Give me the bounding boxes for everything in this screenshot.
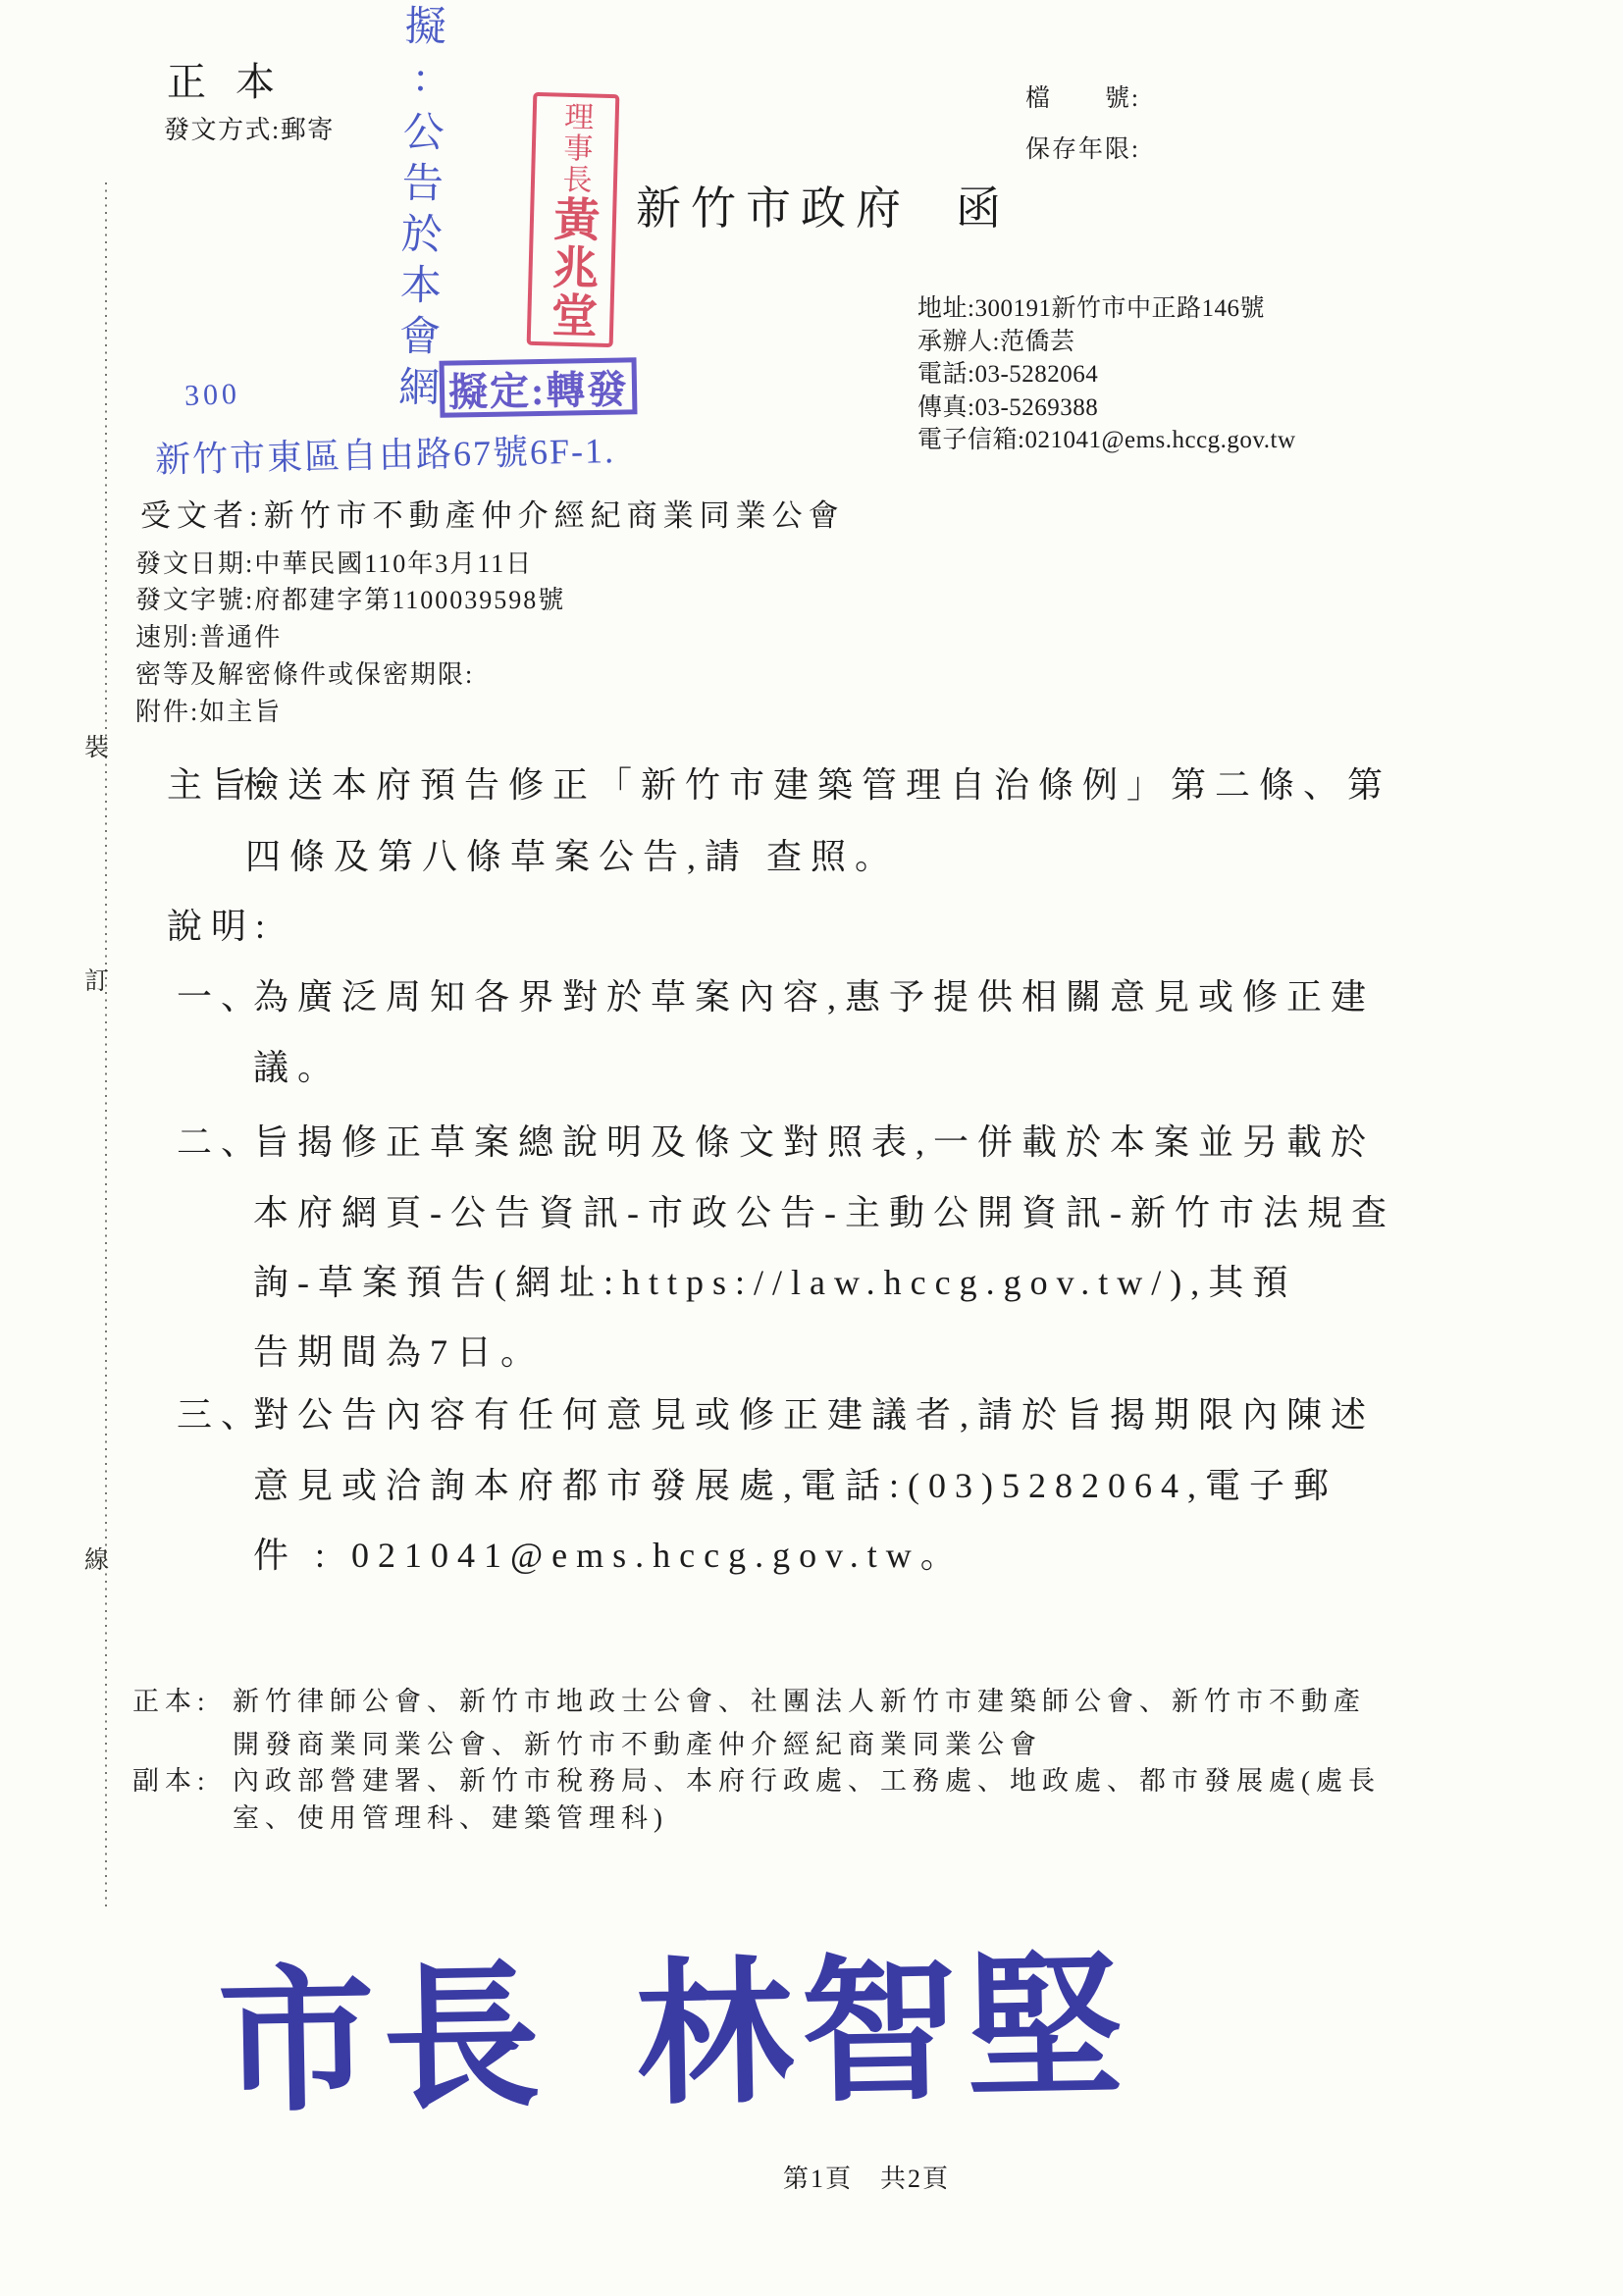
binding-char-ding: 訂 [84,962,109,997]
cc-copies-line-2: 室、使用管理科、建築管理科) [233,1797,668,1835]
document-page: 裝 訂 線 正 本 發文方式:郵寄 擬:公告於本會網 理事長黃兆堂 新竹市政府 … [0,0,1623,2296]
mayor-signature: 市長 林智堅 [216,1901,1132,2142]
item-2-line-4: 告期間為7日。 [253,1325,545,1375]
item-2-line-2: 本府網頁-公告資訊-市政公告-主動公開資訊-新竹市法規查 [253,1185,1395,1235]
binding-char-xian: 線 [84,1540,109,1576]
item-3-line-2: 意見或洽詢本府都市發展處,電話:(03)5282064,電子郵 [253,1458,1337,1508]
org-name: 新竹市政府 [636,173,911,237]
chairman-stamp-name: 黃兆堂 [544,194,599,339]
contact-block: 地址:300191新竹市中正路146號 承辦人:范僑芸 電話:03-528206… [917,292,1296,457]
attachment-line: 附件:如主旨 [135,692,282,728]
item-3-line-1: 對公告內容有任何意見或修正建議者,請於旨揭期限內陳述 [253,1387,1375,1437]
decision-stamp: 擬定:轉發 [440,357,638,418]
doc-number-line: 發文字號:府都建字第1100039598號 [135,580,565,616]
item-1-line-1: 為廣泛周知各界對於草案內容,惠予提供相關意見或修正建 [253,969,1375,1019]
item-1-number: 一、 [177,969,265,1019]
item-1-line-2: 議。 [253,1040,341,1090]
chairman-stamp: 理事長黃兆堂 [527,92,620,347]
binding-dotted-line [105,183,107,1909]
decision-stamp-text: 擬定:轉發 [448,358,629,417]
document-title: 新竹市政府 函 [636,173,1011,237]
item-3-line-3: 件 : 021041@ems.hccg.gov.tw。 [253,1528,965,1578]
original-copies-label: 正本: [132,1680,211,1718]
item-2-number: 二、 [177,1115,265,1165]
copy-type-label: 正 本 [167,51,277,107]
contact-address: 地址:300191新竹市中正路146號 [917,292,1296,326]
doc-type-label: 函 [956,173,1011,237]
binding-char-zhuang: 裝 [84,728,109,763]
item-2-line-1: 旨揭修正草案總說明及條文對照表,一併載於本案並另載於 [253,1115,1375,1165]
original-copies-line-2: 開發商業同業公會、新竹市不動產仲介經紀商業同業公會 [233,1723,1042,1761]
contact-email: 電子信箱:021041@ems.hccg.gov.tw [917,424,1296,457]
subject-line-2: 四條及第八條草案公告,請 查照。 [245,829,899,879]
contact-phone: 電話:03-5282064 [917,358,1296,391]
security-line: 密等及解密條件或保密期限: [135,654,474,691]
recipient-line: 受文者:新竹市不動產仲介經紀商業同業公會 [140,491,845,535]
subject-line-1: 檢送本府預告修正「新竹市建築管理自治條例」第二條、第 [243,757,1391,808]
handwritten-address: 新竹市東區自由路67號6F-1. [155,423,616,483]
dispatch-method-label: 發文方式:郵寄 [164,110,335,146]
item-3-number: 三、 [177,1387,265,1437]
cc-copies-line-1: 內政部營建署、新竹市稅務局、本府行政處、工務處、地政處、都市發展處(處長 [233,1759,1381,1798]
contact-person: 承辦人:范僑芸 [917,326,1296,359]
chairman-stamp-title: 理事長 [557,100,593,195]
retention-label: 保存年限: [1025,130,1140,165]
speed-line: 速別:普通件 [135,617,282,653]
original-copies-line-1: 新竹律師公會、新竹市地政士公會、社團法人新竹市建築師公會、新竹市不動產 [233,1680,1366,1718]
explanation-label: 說明: [167,899,274,949]
item-2-line-3: 詢-草案預告(網址:https://law.hccg.gov.tw/),其預 [253,1255,1296,1305]
cc-copies-label: 副本: [132,1759,211,1798]
chairman-stamp-text: 理事長黃兆堂 [537,100,608,340]
file-number-label: 檔 號: [1025,78,1140,114]
handwritten-postal-code: 300 [183,378,240,413]
page-indicator: 第1頁 共2頁 [783,2159,950,2195]
issue-date-line: 發文日期:中華民國110年3月11日 [135,544,533,580]
contact-fax: 傳真:03-5269388 [917,391,1296,425]
